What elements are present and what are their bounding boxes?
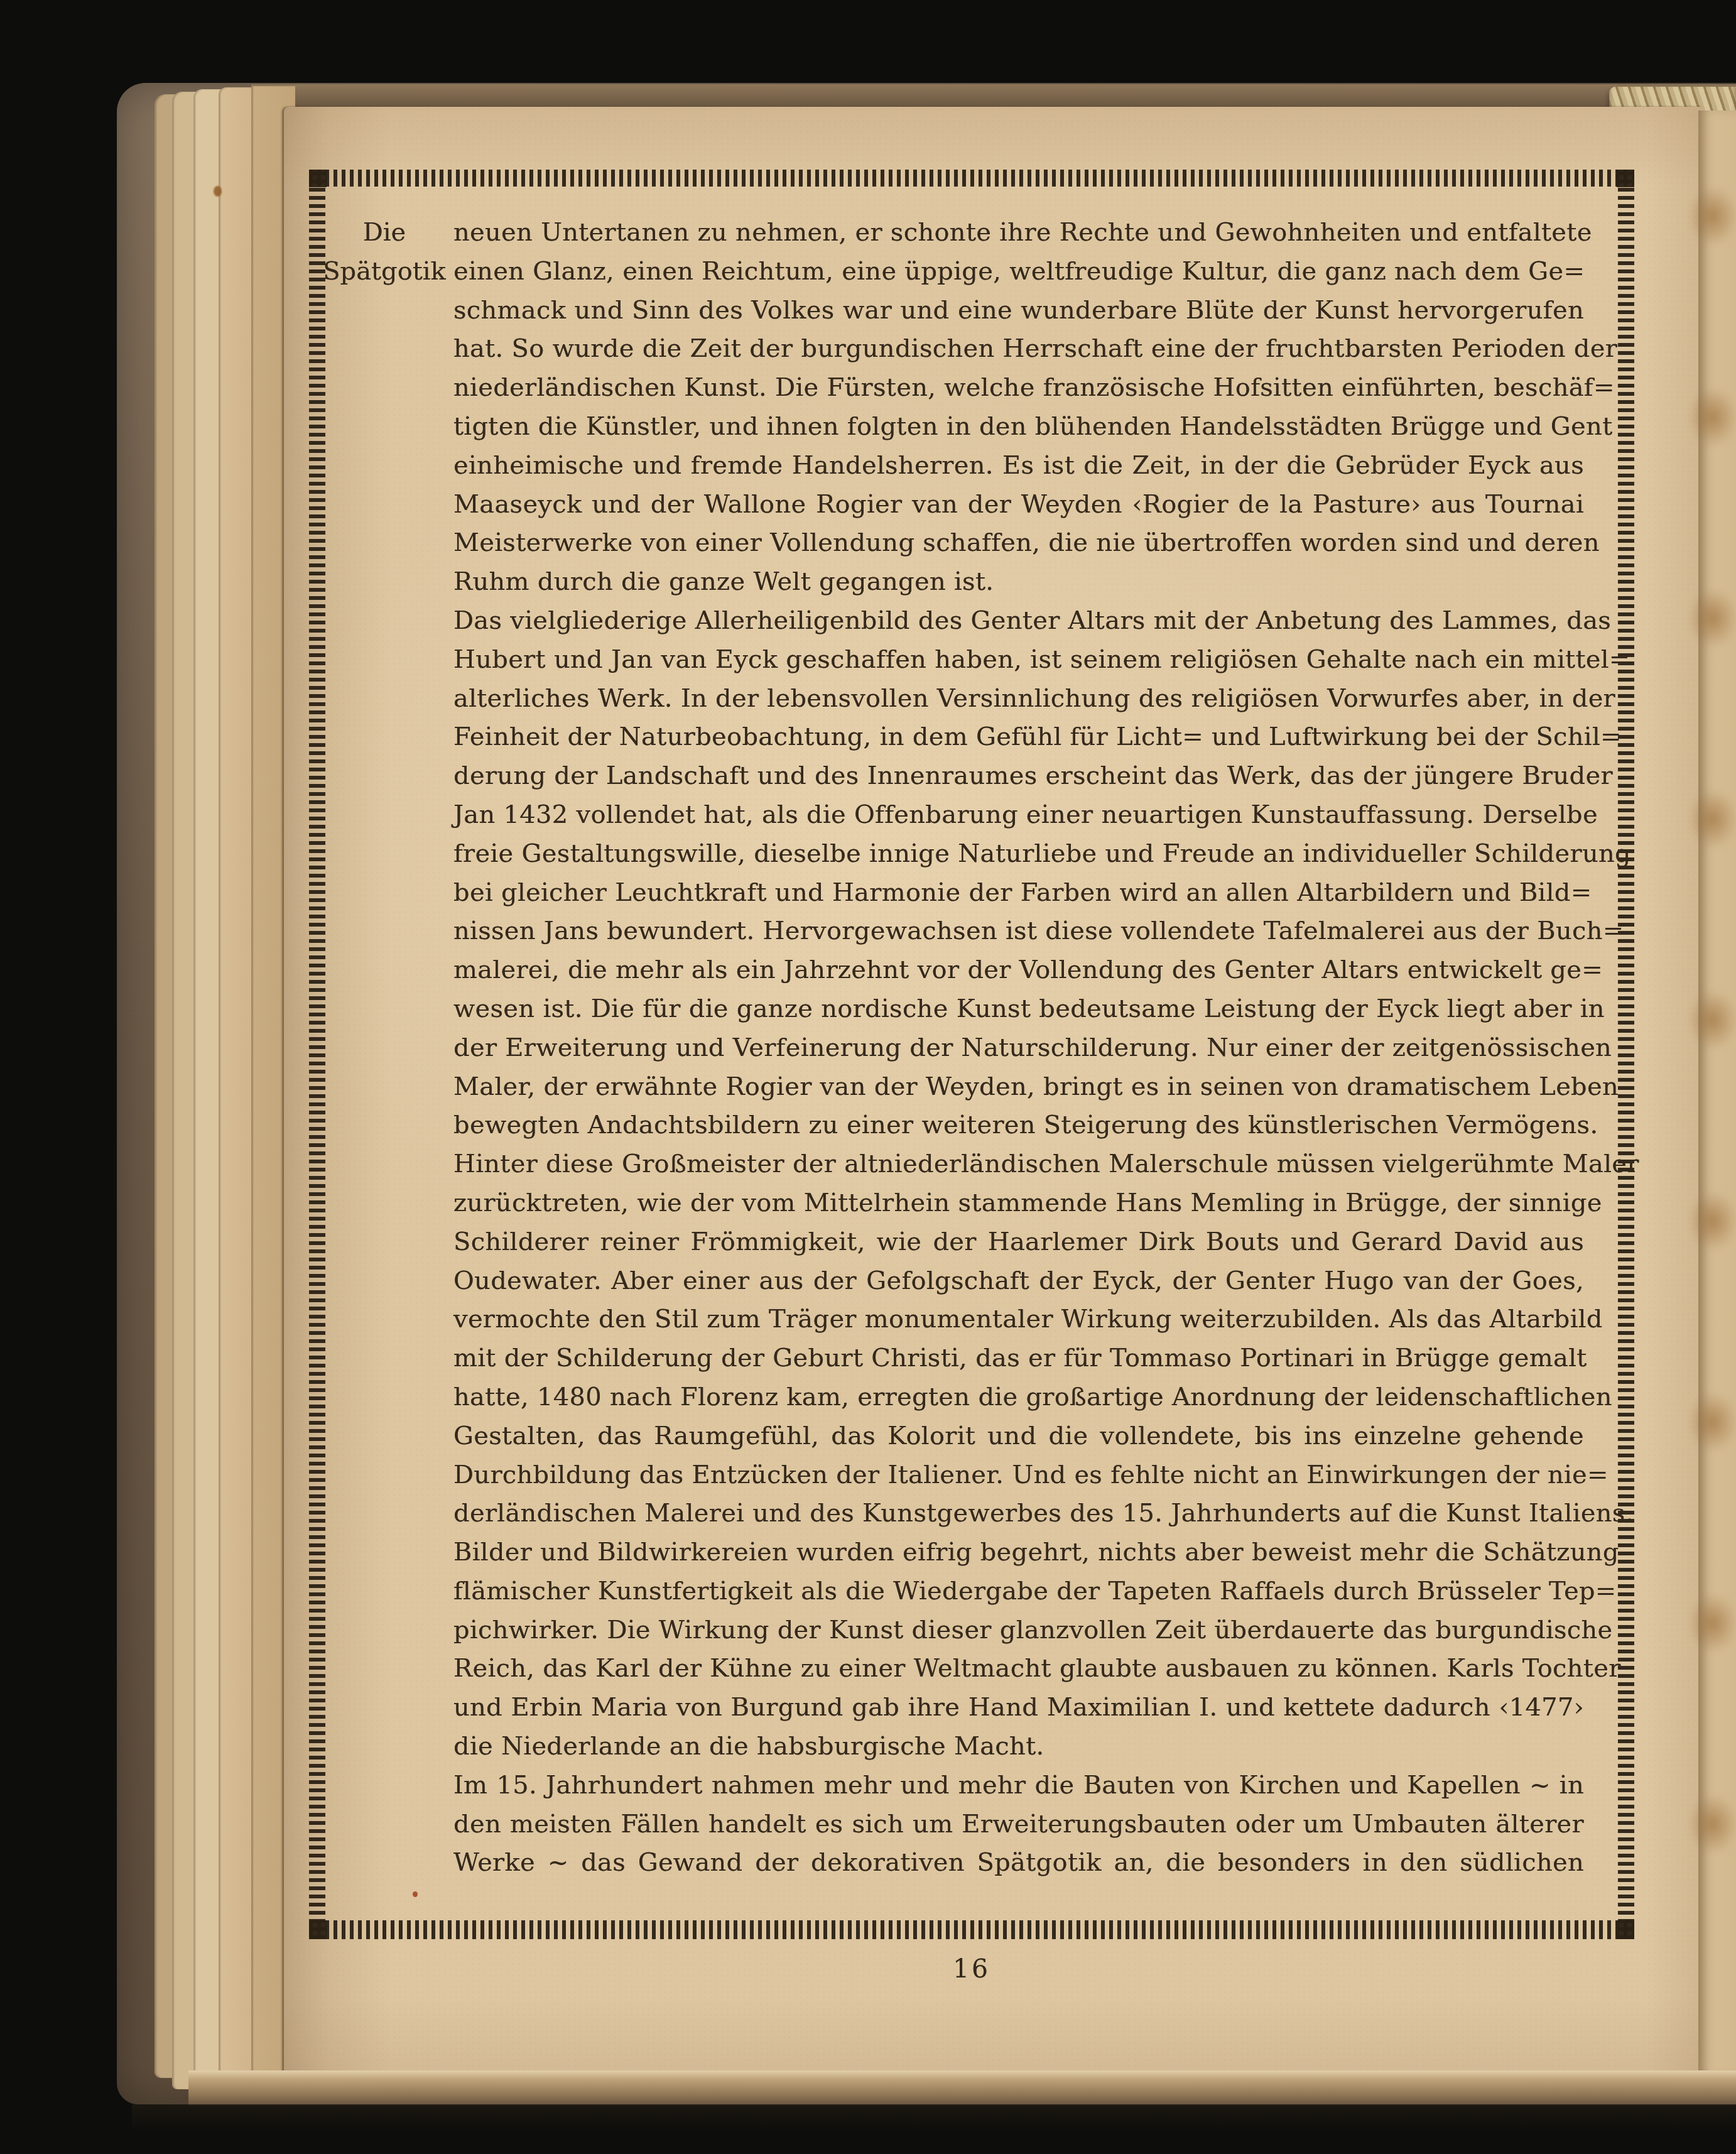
foxing-stain xyxy=(1688,1191,1736,1251)
text-line: derländischen Malerei und des Kunstgewer… xyxy=(453,1494,1584,1533)
text-line: Maler, der erwähnte Rogier van der Weyde… xyxy=(453,1068,1584,1107)
text-line: der Erweiterung und Verfeinerung der Nat… xyxy=(453,1029,1584,1068)
text-line: niederländischen Kunst. Die Fürsten, wel… xyxy=(453,369,1584,408)
text-line: Maaseyck und der Wallone Rogier van der … xyxy=(453,486,1584,525)
text-line: Im 15. Jahrhundert nahmen mehr und mehr … xyxy=(453,1766,1584,1805)
text-line: Ruhm durch die ganze Welt gegangen ist. xyxy=(453,563,1584,602)
text-line: Reich, das Karl der Kühne zu einer Weltm… xyxy=(453,1650,1584,1689)
text-line: Gestalten, das Raumgefühl, das Kolorit u… xyxy=(453,1417,1584,1456)
paper-speck xyxy=(413,1891,418,1897)
text-line: wesen ist. Die für die ganze nordische K… xyxy=(453,990,1584,1029)
text-line: tigten die Künstler, und ihnen folgten i… xyxy=(453,408,1584,447)
text-line: Feinheit der Naturbeobachtung, in dem Ge… xyxy=(453,718,1584,757)
page-edge-right xyxy=(1698,111,1736,2075)
foxing-stain xyxy=(1688,387,1736,447)
text-line: zurücktreten, wie der vom Mittelrhein st… xyxy=(453,1184,1584,1223)
text-line: pichwirker. Die Wirkung der Kunst dieser… xyxy=(453,1611,1584,1650)
text-line: bewegten Andachtsbildern zu einer weiter… xyxy=(453,1106,1584,1145)
text-line: hatte, 1480 nach Florenz kam, erregten d… xyxy=(453,1378,1584,1417)
text-line: und Erbin Maria von Burgund gab ihre Han… xyxy=(453,1689,1584,1727)
page-edge-bottom xyxy=(188,2070,1736,2106)
text-line: flämischer Kunstfertigkeit als die Wiede… xyxy=(453,1572,1584,1611)
text-line: hat. So wurde die Zeit der burgundischen… xyxy=(453,330,1584,369)
text-line: mit der Schilderung der Geburt Christi, … xyxy=(453,1339,1584,1378)
text-line: einen Glanz, einen Reichtum, eine üppige… xyxy=(453,253,1584,291)
text-line: Das vielgliederige Allerheiligenbild des… xyxy=(453,602,1584,641)
book-shadow xyxy=(132,2104,1736,2132)
margin-note-line: Spätgotik xyxy=(322,253,447,291)
text-line: alterliches Werk. In der lebensvollen Ve… xyxy=(453,680,1584,719)
text-line: Jan 1432 vollendet hat, als die Offenbar… xyxy=(453,796,1584,835)
page-number: 16 xyxy=(309,1954,1634,1984)
margin-note-line: Die xyxy=(322,214,447,253)
text-line: bei gleicher Leuchtkraft und Harmonie de… xyxy=(453,874,1584,913)
text-line: Hubert und Jan van Eyck geschaffen haben… xyxy=(453,641,1584,680)
margin-note: Die Spätgotik xyxy=(322,214,447,291)
text-line: Meisterwerke von einer Vollendung schaff… xyxy=(453,524,1584,563)
text-line: derung der Landschaft und des Innenraume… xyxy=(453,757,1584,796)
paper-speck xyxy=(214,186,222,197)
text-line: freie Gestaltungswille, dieselbe innige … xyxy=(453,835,1584,874)
text-line: Bilder und Bildwirkereien wurden eifrig … xyxy=(453,1533,1584,1572)
text-line: Oudewater. Aber einer aus der Gefolgscha… xyxy=(453,1262,1584,1301)
text-line: den meisten Fällen handelt es sich um Er… xyxy=(453,1805,1584,1844)
text-line: schmack und Sinn des Volkes war und eine… xyxy=(453,291,1584,330)
text-line: neuen Untertanen zu nehmen, er schonte i… xyxy=(453,214,1584,253)
text-line: die Niederlande an die habsburgische Mac… xyxy=(453,1727,1584,1766)
text-line: Durchbildung das Entzücken der Italiener… xyxy=(453,1456,1584,1495)
foxing-stain xyxy=(1688,1794,1736,1854)
text-line: malerei, die mehr als ein Jahrzehnt vor … xyxy=(453,951,1584,990)
foxing-stain xyxy=(1688,1593,1736,1653)
foxing-stain xyxy=(1688,789,1736,849)
text-line: vermochte den Stil zum Träger monumental… xyxy=(453,1300,1584,1339)
foxing-stain xyxy=(1688,1392,1736,1452)
text-block: neuen Untertanen zu nehmen, er schonte i… xyxy=(453,214,1584,1883)
foxing-stain xyxy=(1688,990,1736,1050)
text-line: Werke ~ das Gewand der dekorativen Spätg… xyxy=(453,1844,1584,1883)
text-line: nissen Jans bewundert. Hervorgewachsen i… xyxy=(453,912,1584,951)
text-line: einheimische und fremde Handelsherren. E… xyxy=(453,447,1584,486)
foxing-stain xyxy=(1688,186,1736,246)
foxing-stain xyxy=(1688,588,1736,648)
text-line: Schilderer reiner Frömmigkeit, wie der H… xyxy=(453,1223,1584,1262)
text-line: Hinter diese Großmeister der altniederlä… xyxy=(453,1145,1584,1184)
